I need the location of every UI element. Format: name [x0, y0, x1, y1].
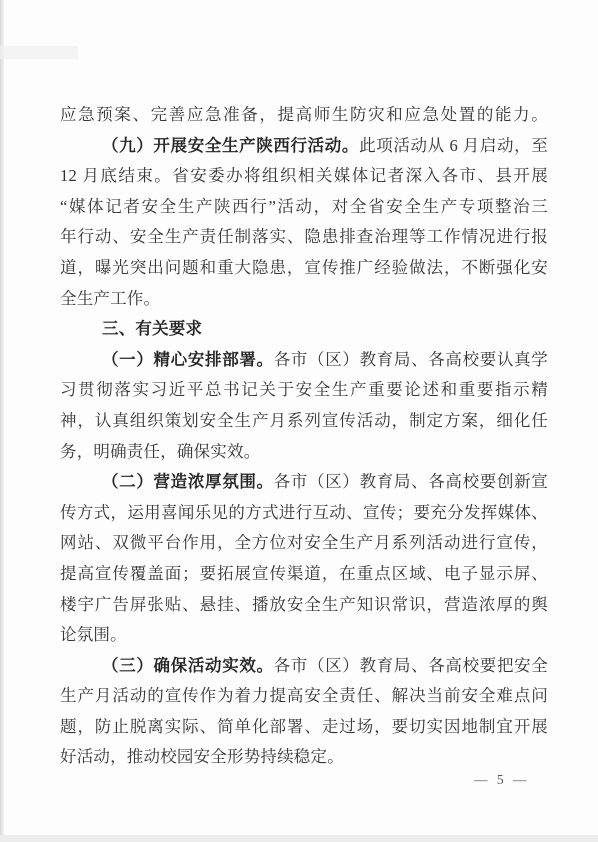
text-line: 题，防止脱离实际、简单化部署、走过场，要切实因地制宜开展: [60, 712, 548, 743]
bold-run: （三）确保活动实效。: [102, 656, 274, 675]
text-line: 生产月活动的宣传作为着力提高安全责任、解决当前安全难点问: [60, 681, 548, 712]
text-line: （一）精心安排部署。各市（区）教育局、各高校要认真学: [60, 345, 548, 376]
page-number: — 5 —: [474, 772, 544, 788]
text-line: 全生产工作。: [60, 284, 548, 315]
text-line: 好活动，推动校园安全形势持续稳定。: [60, 742, 548, 773]
bold-run: 三、有关要求: [102, 319, 202, 338]
text-line: （三）确保活动实效。各市（区）教育局、各高校要把安全: [60, 651, 548, 682]
scan-smudge: [0, 46, 78, 59]
scan-edge-left: [0, 0, 4, 842]
text-line: 应急预案、完善应急准备，提高师生防灾和应急处置的能力。: [60, 100, 548, 131]
bold-run: （九）开展安全生产陕西行活动。: [102, 136, 359, 155]
text-line: （二）营造浓厚氛围。各市（区）教育局、各高校要创新宣: [60, 467, 548, 498]
text-line: 提高宣传覆盖面；要拓展宣传渠道，在重点区域、电子显示屏、: [60, 559, 548, 590]
text-line: （九）开展安全生产陕西行活动。此项活动从 6 月启动，至: [60, 131, 548, 162]
scan-edge-bottom: [0, 835, 598, 842]
text-line: 道，曝光突出问题和重大隐患，宣传推广经验做法，不断强化安: [60, 253, 548, 284]
document-body: 应急预案、完善应急准备，提高师生防灾和应急处置的能力。（九）开展安全生产陕西行活…: [60, 100, 548, 773]
text-line: “媒体记者安全生产陕西行”活动，对全省安全生产专项整治三: [60, 192, 548, 223]
text-line: 楼宇广告屏张贴、悬挂、播放安全生产知识常识，营造浓厚的舆: [60, 590, 548, 621]
bold-run: （一）精心安排部署。: [102, 350, 274, 369]
bold-run: （二）营造浓厚氛围。: [102, 472, 274, 491]
text-line: 年行动、安全生产责任制落实、隐患排查治理等工作情况进行报: [60, 222, 548, 253]
text-line: 习贯彻落实习近平总书记关于安全生产重要论述和重要指示精: [60, 375, 548, 406]
document-page: 应急预案、完善应急准备，提高师生防灾和应急处置的能力。（九）开展安全生产陕西行活…: [0, 0, 598, 842]
text-line: 论氛围。: [60, 620, 548, 651]
text-line: 三、有关要求: [60, 314, 548, 345]
text-line: 务，明确责任，确保实效。: [60, 437, 548, 468]
text-line: 传方式，运用喜闻乐见的方式进行互动、宣传；要充分发挥媒体、: [60, 498, 548, 529]
text-line: 网站、双微平台作用，全方位对安全生产月系列活动进行宣传，: [60, 528, 548, 559]
text-line: 神，认真组织策划安全生产月系列宣传活动，制定方案，细化任: [60, 406, 548, 437]
text-line: 12 月底结束。省安委办将组织相关媒体记者深入各市、县开展: [60, 161, 548, 192]
